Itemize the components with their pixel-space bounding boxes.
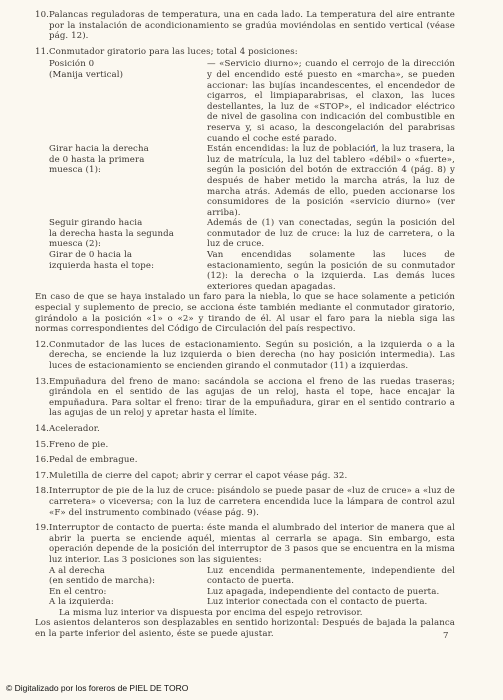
- item-10: 10. Palancas reguladoras de temperatura,…: [35, 10, 455, 42]
- copyright-footer: © Digitalizado por los foreros de PIEL D…: [6, 683, 188, 693]
- position-row: En el centro: Luz apagada, independiente…: [49, 587, 455, 598]
- item-14: 14. Acelerador.: [35, 424, 455, 435]
- position-row: Girar hacia la derecha de 0 hasta la pri…: [49, 144, 455, 218]
- item-11: 11. Conmutador giratorio para las luces;…: [35, 47, 455, 335]
- item-15: 15. Freno de pie.: [35, 440, 455, 451]
- fog-light-note: En caso de que se haya instalado un faro…: [35, 292, 455, 334]
- interior-light-note: La misma luz interior va dispuesta por e…: [49, 608, 455, 619]
- ink-dot: [373, 145, 375, 147]
- page-number: 7: [443, 631, 448, 641]
- item-18: 18. Interruptor de pie de la luz de cruc…: [35, 486, 455, 518]
- position-row: Posición 0 (Manija vertical) — «Servicio…: [49, 59, 455, 144]
- item-13: 13. Empuñadura del freno de mano: sacánd…: [35, 377, 455, 419]
- position-row: A la izquierda: Luz interior conectada c…: [49, 597, 455, 608]
- closing-paragraph: Los asientos delanteros son desplazables…: [35, 618, 455, 639]
- item-12: 12. Conmutador de las luces de estaciona…: [35, 340, 455, 372]
- position-row: Girar de 0 hacia la izquierda hasta el t…: [49, 250, 455, 292]
- position-row: A al derecha (en sentido de marcha): Luz…: [49, 566, 455, 587]
- position-row: Seguir girando hacia la derecha hasta la…: [49, 218, 455, 250]
- item-17: 17. Muletilla de cierre del capot; abrir…: [35, 471, 455, 482]
- item-16: 16. Pedal de embrague.: [35, 455, 455, 466]
- item-19: 19. Interruptor de contacto de puerta: é…: [35, 523, 455, 618]
- document-page: 10. Palancas reguladoras de temperatura,…: [35, 10, 455, 640]
